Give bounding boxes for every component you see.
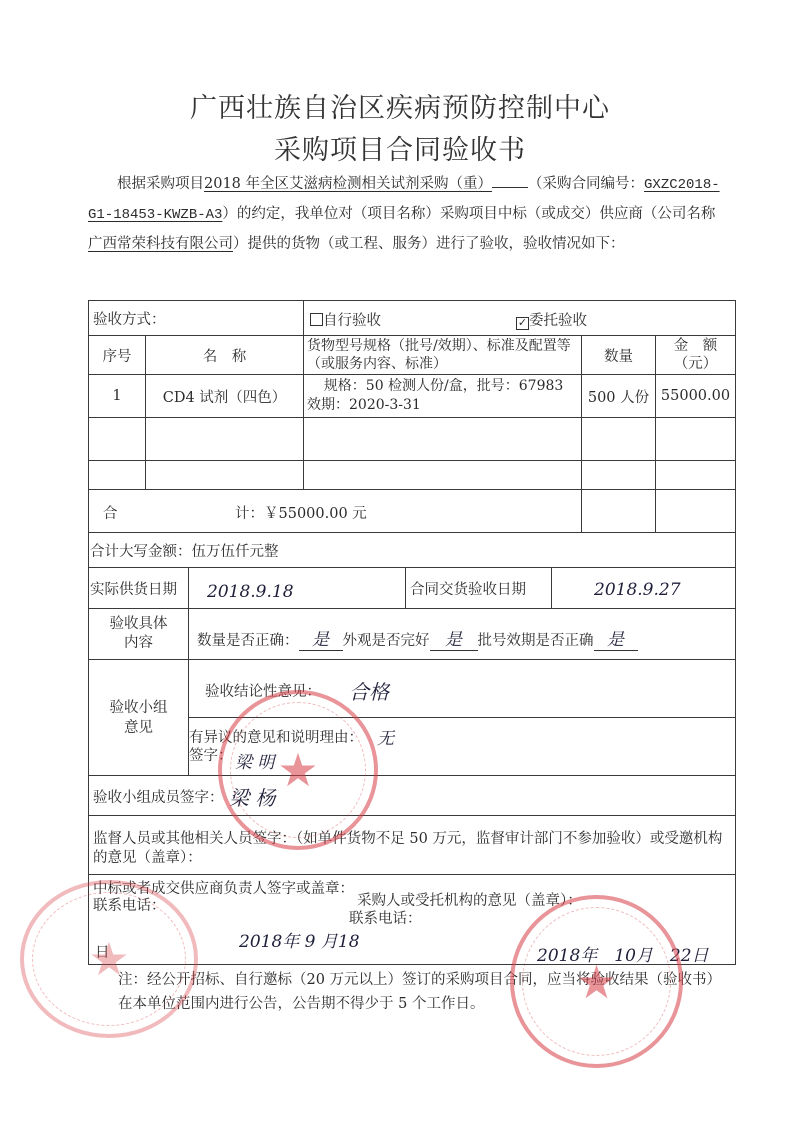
supplier-date: 2018年 9 月18 [239,927,360,952]
intro-middle: ）的约定，我单位对（项目名称）采购项目中标（或成交）供应商（公司名称 [222,206,715,222]
conclusion-label: 验收结论性意见： [205,680,321,701]
total-qty [581,489,656,533]
detail-label: 验收具体内容 [88,608,189,660]
sign-label: 签字： [189,744,233,765]
row3-amount [655,460,736,490]
option-self-label: 自行验收 [323,313,381,329]
signing-cell: 中标或者成交供应商负责人签字或盖章： 联系电话： 采购人或受托机构的意见（盖章）… [88,874,736,965]
total-upper-value: 伍万伍仟元整 [192,540,279,561]
total-label-left: 合 [103,502,118,523]
objection-value: 无 [377,724,394,749]
row2-qty [581,417,656,461]
contract-label: （采购合同编号： [528,176,644,192]
project-name: 2018 年全区艾滋病检测相关试剂采购（重） [204,176,492,192]
contract-delivery-label: 合同交货验收日期 [405,567,552,609]
row2-seq [88,417,146,461]
intro-prefix: 根据采购项目 [117,176,204,192]
purchaser-date: 2018年 10月 22日 [537,941,709,965]
option-entrusted[interactable]: ✓委托验收 [516,309,587,330]
method-options: 自行验收 ✓委托验收 [303,300,736,336]
row3-qty [581,460,656,490]
supplier-day-suffix: 日 [95,941,110,962]
qty-correct-value: 是 [299,625,343,651]
members-sign-cell: 验收小组成员签字： 梁 杨 [88,775,736,816]
members-signature: 梁 杨 [229,782,275,811]
objection-cell: 有异议的意见和说明理由： 无 签字： 梁 明 [188,717,736,776]
actual-delivery-value: 2018.9.18 [207,582,294,602]
option-self[interactable]: 自行验收 [310,309,381,330]
sign-signature: 梁 明 [235,748,274,773]
header-name: 名 称 [145,335,304,375]
option-entrusted-label: 委托验收 [529,313,587,329]
row3-name [145,460,304,490]
total-upper-row: 合计大写金额：伍万伍仟元整 [88,532,736,568]
total-label-right: 计：￥55000.00 元 [235,502,367,523]
row1-seq: 1 [88,374,146,418]
row3-seq [88,460,146,490]
total-row: 合 计：￥55000.00 元 [88,489,582,533]
checkbox-unchecked-icon[interactable] [310,313,323,326]
contract-delivery-value: 2018.9.27 [594,580,681,600]
header-amount: 金 额（元） [655,335,736,375]
purchaser-phone-label: 联系电话： [349,907,422,928]
supplier-name: 广西常荣科技有限公司 [88,236,233,252]
total-upper-label: 合计大写金额： [90,540,192,561]
appearance-value: 是 [430,625,478,651]
row1-name: CD4 试剂（四色） [145,374,304,418]
actual-delivery-label: 实际供货日期 [88,567,189,609]
page-title-line-2: 采购项目合同验收书 [0,128,800,167]
method-label: 验收方式： [88,300,304,336]
footer-note: 注：经公开招标、自行邀标（20 万元以上）签订的采购项目合同，应当将验收结果（验… [118,968,728,1016]
intro-suffix: ）提供的货物（或工程、服务）进行了验收，验收情况如下： [233,236,625,252]
total-amount [655,489,736,533]
header-spec: 货物型号规格（批号/效期）、标准及配置等（或服务内容、标准） [303,335,582,375]
contract-delivery-cell: 2018.9.27 [551,567,736,609]
row1-amount: 55000.00 [655,374,736,418]
batch-label: 批号效期是否正确 [478,633,594,649]
supervisor-cell: 监督人员或其他相关人员签字：（如单件货物不足 50 万元，监督审计部门不参加验收… [88,815,736,875]
row2-name [145,417,304,461]
group-label: 验收小组意见 [88,659,189,776]
detail-cell: 数量是否正确：是外观是否完好是批号效期是否正确是 [188,608,736,660]
row2-spec [303,417,582,461]
conclusion-cell: 验收结论性意见： 合格 [188,659,736,718]
actual-delivery-cell: 2018.9.18 [188,567,406,609]
supervisor-label: 监督人员或其他相关人员签字：（如单件货物不足 50 万元，监督审计部门不参加验收… [93,831,722,866]
intro-paragraph: 根据采购项目2018 年全区艾滋病检测相关试剂采购（重）（采购合同编号：GXZC… [88,170,728,259]
row2-amount [655,417,736,461]
row1-spec: 规格：50 检测人份/盒，批号：67983 效期：2020-3-31 [303,374,582,418]
conclusion-value: 合格 [349,676,389,705]
row3-spec [303,460,582,490]
row1-qty: 500 人份 [581,374,656,418]
qty-correct-label: 数量是否正确： [197,633,299,649]
appearance-label: 外观是否完好 [343,633,430,649]
members-sign-label: 验收小组成员签字： [93,786,224,807]
page-title-line-1: 广西壮族自治区疾病预防控制中心 [0,86,800,125]
batch-value: 是 [594,625,638,651]
checkbox-checked-icon[interactable]: ✓ [516,317,529,330]
header-qty: 数量 [581,335,656,375]
supplier-phone-label: 联系电话： [93,894,166,915]
header-seq: 序号 [88,335,146,375]
